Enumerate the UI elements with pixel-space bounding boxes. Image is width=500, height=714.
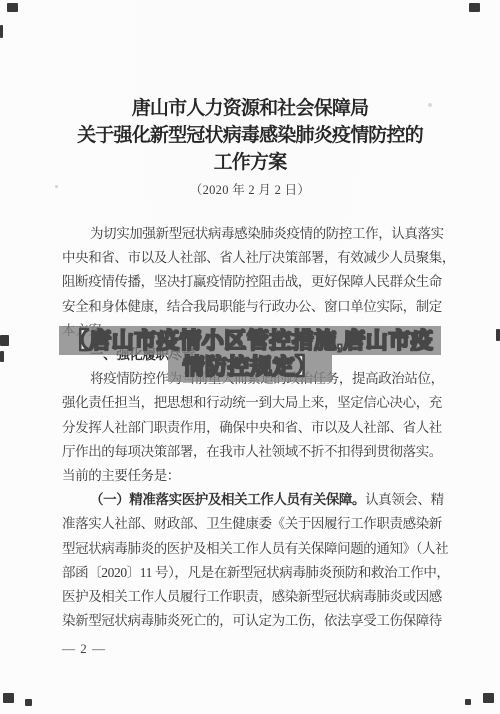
scan-artifact: [3, 693, 14, 703]
body-line: 为切实加强新型冠状病毒感染肺炎疫情的防控工作，认真落实: [62, 222, 462, 246]
body-line: 型冠状病毒肺炎的医护及相关工作人员有关保障问题的通知》（人社: [62, 537, 462, 561]
scan-artifact: [0, 351, 4, 362]
title-line-3: 工作方案: [0, 149, 500, 176]
body-line: 阻断疫情传播，坚决打赢疫情防控阻击战，更好保障人民群众生命: [62, 270, 462, 294]
overlay-caption-line-2: 情防控规定】: [0, 355, 500, 382]
body-line: 部函〔2020〕11 号），凡是在新型冠状病毒肺炎预防和救治工作中，: [62, 561, 462, 585]
title-line-2: 关于强化新型冠状病毒感染肺炎疫情防控的: [0, 122, 500, 149]
scan-artifact: [0, 25, 3, 38]
scan-artifact: [465, 699, 471, 705]
document-body: 为切实加强新型冠状病毒感染肺炎疫情的防控工作，认真落实中央和省、市以及人社部、省…: [62, 222, 462, 633]
title-line-1: 唐山市人力资源和社会保障局: [0, 95, 500, 122]
scan-artifact: [483, 693, 494, 703]
scan-artifact: [7, 3, 18, 12]
scan-artifact: [25, 699, 32, 706]
body-line: 医护及相关工作人员履行工作职责，感染新型冠状病毒肺炎或因感: [62, 585, 462, 609]
body-line: （一）精准落实医护及相关工作人员有关保障。认真领会、精: [62, 488, 462, 512]
scan-artifact: [469, 3, 480, 12]
body-line: 染新型冠状病毒肺炎死亡的，可认定为工伤，依法享受工伤保障待: [62, 609, 462, 633]
scanned-document-page: 唐山市人力资源和社会保障局 关于强化新型冠状病毒感染肺炎疫情防控的 工作方案 （…: [0, 0, 500, 714]
scan-speck: [428, 103, 432, 107]
body-line: 厅作出的每项决策部署，在我市人社领域不折不扣得到贯彻落实。: [62, 440, 462, 464]
scan-artifact: [0, 335, 9, 346]
body-line: 强化责任担当，把思想和行动统一到大局上来，坚定信心决心，充: [62, 391, 462, 415]
body-line: 分发挥人社部门职责作用，确保中央和省、市以及人社部、省人社: [62, 416, 462, 440]
document-title: 唐山市人力资源和社会保障局 关于强化新型冠状病毒感染肺炎疫情防控的 工作方案: [0, 95, 500, 176]
document-date: （2020 年 2 月 2 日）: [0, 180, 500, 198]
body-line: 安全和身体健康，结合我局职能与行政办公、窗口单位实际，制定: [62, 295, 462, 319]
body-line: 中央和省、市以及人社部、省人社厅决策部署，有效减少人员聚集，: [62, 246, 462, 270]
body-line: 当前的主要任务是：: [62, 464, 462, 488]
scan-speck: [55, 185, 58, 188]
page-number: — 2 —: [62, 641, 106, 657]
scan-artifact: [496, 329, 500, 341]
overlay-caption-line-1: 【唐山市疫情小区管控措施,唐山市疫: [0, 326, 500, 355]
overlay-caption: 【唐山市疫情小区管控措施,唐山市疫 情防控规定】: [0, 326, 500, 382]
body-line: 准落实人社部、财政部、卫生健康委《关于因履行工作职责感染新: [62, 512, 462, 536]
